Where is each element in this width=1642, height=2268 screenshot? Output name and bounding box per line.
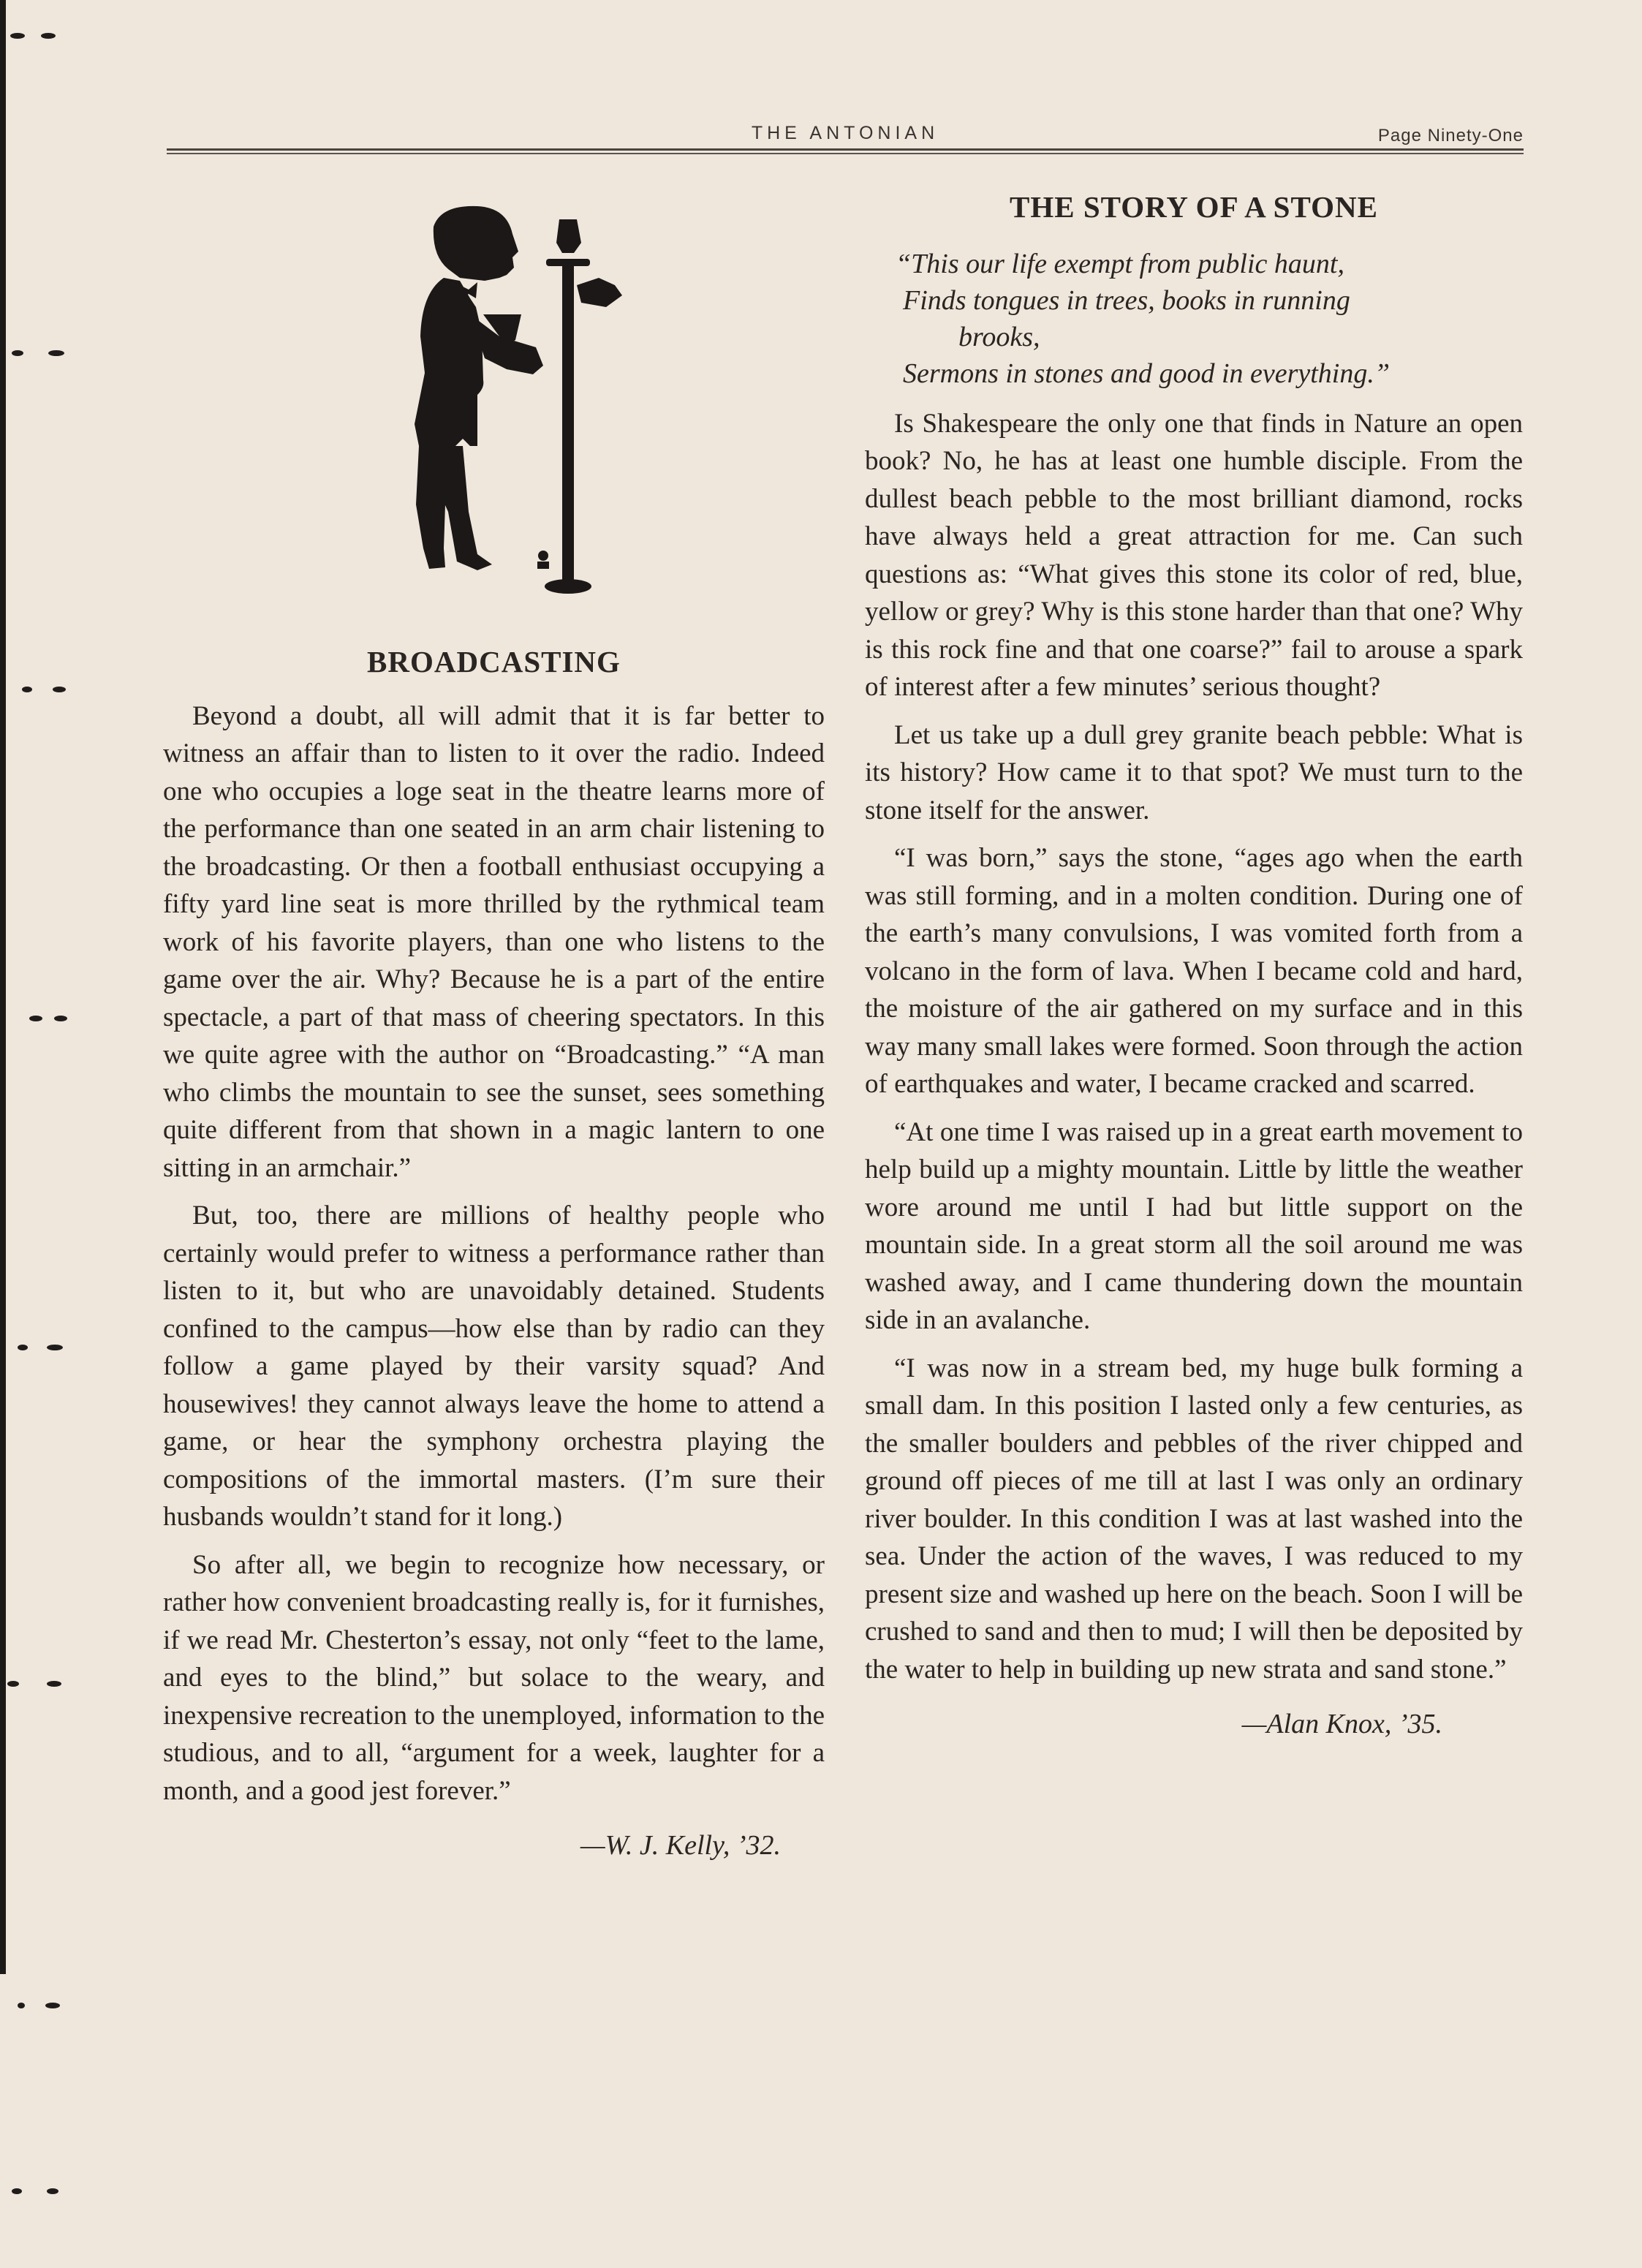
binding-punch-hole [7,1342,66,1353]
epigraph-line: “This our life exempt from public haunt, [865,246,1523,282]
binding-punch-hole [7,684,66,695]
body-paragraph: Beyond a doubt, all will admit that it i… [163,698,825,1187]
body-paragraph: But, too, there are millions of healthy … [163,1197,825,1536]
epigraph-line: brooks, [865,319,1523,355]
binding-punch-hole [7,1013,66,1024]
binding-punch-hole [7,2186,66,2196]
author-signature: —Alan Knox, ’35. [865,1706,1523,1744]
body-paragraph: Let us take up a dull grey granite beach… [865,717,1523,830]
binding-punch-hole [7,1679,66,1689]
body-paragraph: “I was now in a stream bed, my huge bulk… [865,1350,1523,1689]
epigraph-line: Sermons in stones and good in everything… [865,355,1523,392]
binding-punch-hole [7,31,66,41]
page-number: Page Ninety-One [1378,126,1524,146]
radio-announcer-silhouette-icon [390,205,638,614]
binding-punch-hole [7,2000,66,2011]
body-paragraph: “At one time I was raised up in a great … [865,1114,1523,1339]
article-title: BROADCASTING [163,643,825,681]
publication-title: THE ANTONIAN [167,123,1524,144]
article-title: THE STORY OF A STONE [865,189,1523,227]
binding-punch-hole [7,348,66,358]
author-signature: —W. J. Kelly, ’32. [163,1827,825,1865]
body-paragraph: Is Shakespeare the only one that finds i… [865,405,1523,706]
article-story-of-a-stone: THE STORY OF A STONE “This our life exem… [865,175,1523,1744]
body-paragraph: So after all, we begin to recognize how … [163,1546,825,1810]
body-paragraph: “I was born,” says the stone, “ages ago … [865,839,1523,1103]
header-double-rule [167,148,1524,156]
page-binding-edge [0,0,6,1974]
running-header: THE ANTONIAN Page Ninety-One [167,123,1524,152]
epigraph: “This our life exempt from public haunt,… [865,246,1523,392]
epigraph-line: Finds tongues in trees, books in running [865,282,1523,319]
illustration-container [163,175,825,643]
article-broadcasting: BROADCASTING Beyond a doubt, all will ad… [163,175,825,1865]
